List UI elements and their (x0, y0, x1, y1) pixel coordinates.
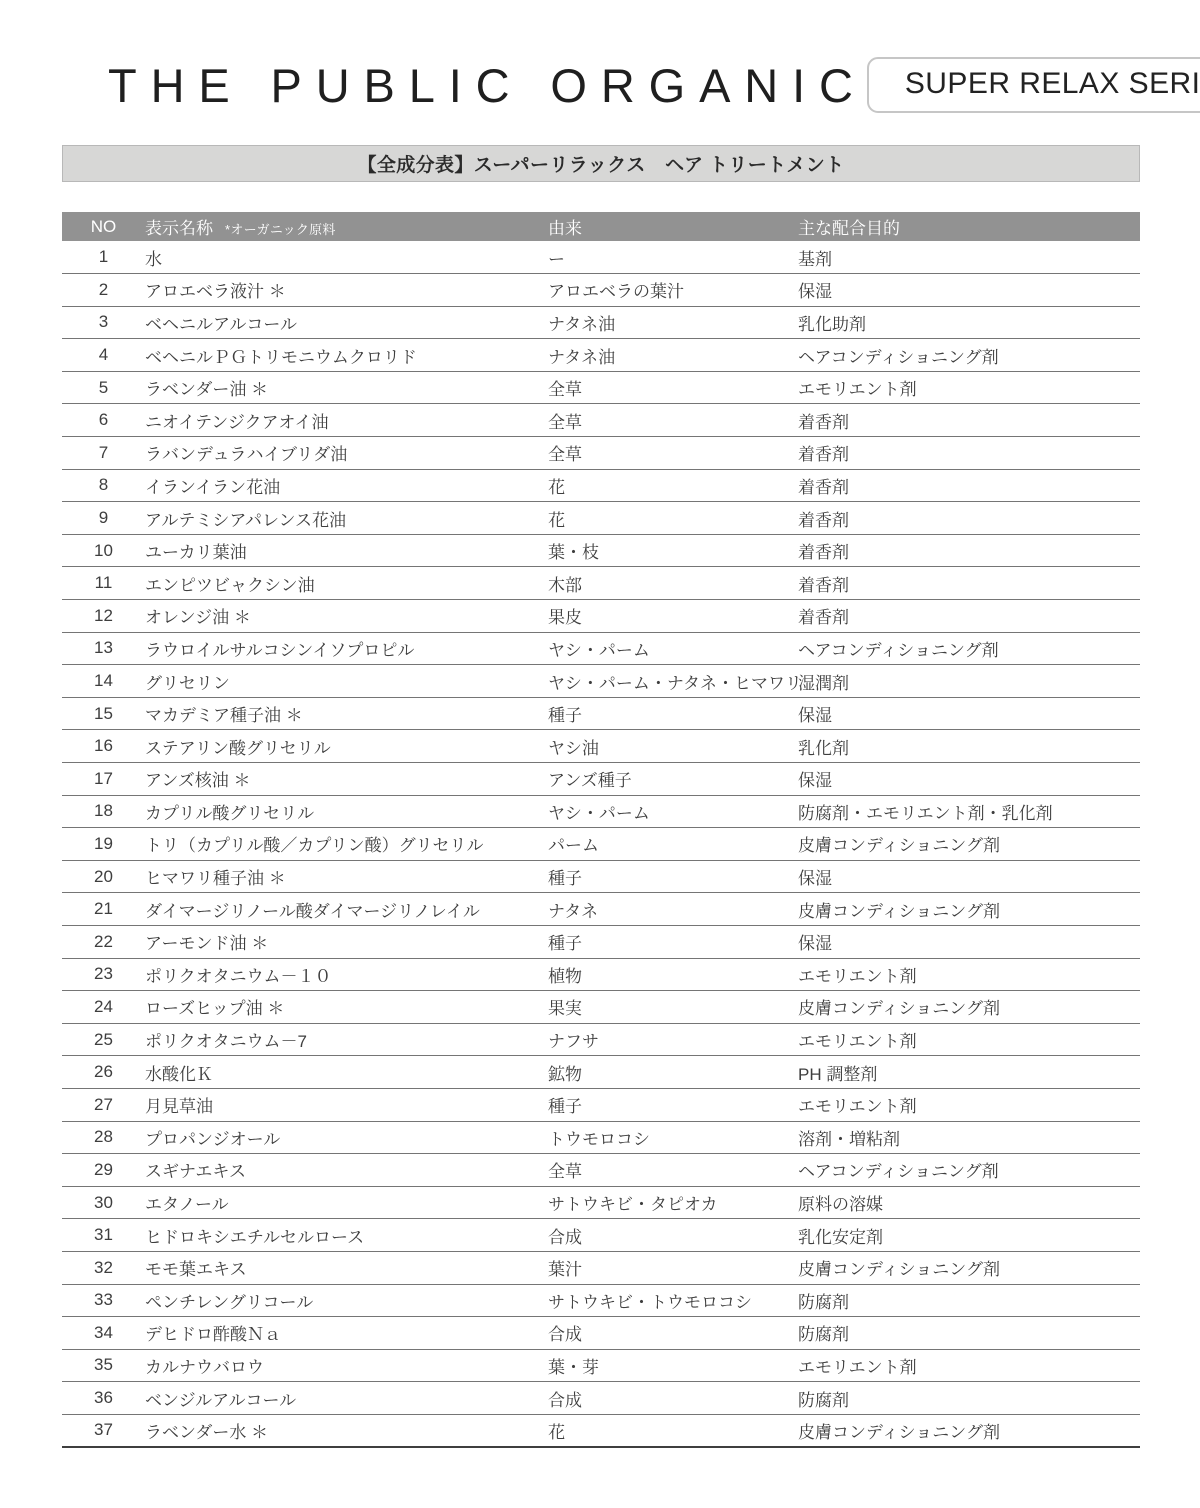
table-row: 3 ベヘニルアルコール ナタネ油 乳化助剤 (62, 306, 1140, 339)
row-purpose: 保湿 (798, 274, 1140, 307)
row-purpose: エモリエント剤 (798, 1349, 1140, 1382)
row-no: 31 (62, 1219, 145, 1252)
row-no: 7 (62, 437, 145, 470)
row-no: 13 (62, 632, 145, 665)
row-ingredient-name: オレンジ油 ＊ (145, 600, 548, 633)
row-origin: 種子 (548, 1088, 798, 1121)
row-no: 19 (62, 828, 145, 861)
table-row: 31 ヒドロキシエチルセルロース 合成 乳化安定剤 (62, 1219, 1140, 1252)
row-origin: ヤシ・パーム・ナタネ・ヒマワリ (548, 665, 798, 698)
row-origin: ナタネ (548, 893, 798, 926)
row-ingredient-name: ニオイテンジクアオイ油 (145, 404, 548, 437)
row-no: 10 (62, 534, 145, 567)
row-no: 11 (62, 567, 145, 600)
table-row: 28 プロパンジオール トウモロコシ 溶剤・増粘剤 (62, 1121, 1140, 1154)
table-row: 29 スギナエキス 全草 ヘアコンディショニング剤 (62, 1154, 1140, 1187)
row-no: 9 (62, 502, 145, 535)
table-row: 37 ラベンダー水 ＊ 花 皮膚コンディショニング剤 (62, 1414, 1140, 1447)
row-origin: 全草 (548, 371, 798, 404)
row-no: 35 (62, 1349, 145, 1382)
row-ingredient-name: プロパンジオール (145, 1121, 548, 1154)
row-no: 18 (62, 795, 145, 828)
row-purpose: 着香剤 (798, 437, 1140, 470)
row-origin: アロエベラの葉汁 (548, 274, 798, 307)
table-row: 15 マカデミア種子油 ＊ 種子 保湿 (62, 697, 1140, 730)
row-purpose: 着香剤 (798, 534, 1140, 567)
row-ingredient-name: マカデミア種子油 ＊ (145, 697, 548, 730)
table-row: 20 ヒマワリ種子油 ＊ 種子 保湿 (62, 860, 1140, 893)
row-ingredient-name: ローズヒップ油 ＊ (145, 991, 548, 1024)
row-ingredient-name: ダイマージリノール酸ダイマージリノレイル (145, 893, 548, 926)
table-body: 1 水 ー 基剤 2 アロエベラ液汁 ＊ アロエベラの葉汁 保湿 3 ベヘニルア… (62, 241, 1140, 1447)
row-no: 30 (62, 1186, 145, 1219)
table-row: 18 カプリル酸グリセリル ヤシ・パーム 防腐剤・エモリエント剤・乳化剤 (62, 795, 1140, 828)
row-purpose: 溶剤・増粘剤 (798, 1121, 1140, 1154)
row-ingredient-name: 水 (145, 241, 548, 274)
ingredients-table: NO 表示名称*オーガニック原料 由来 主な配合目的 1 水 ー 基剤 2 アロ… (62, 212, 1140, 1448)
row-no: 33 (62, 1284, 145, 1317)
table-row: 14 グリセリン ヤシ・パーム・ナタネ・ヒマワリ 湿潤剤 (62, 665, 1140, 698)
row-ingredient-name: ラウロイルサルコシンイソプロピル (145, 632, 548, 665)
table-row: 1 水 ー 基剤 (62, 241, 1140, 274)
row-origin: 葉・枝 (548, 534, 798, 567)
row-no: 17 (62, 763, 145, 796)
table-row: 16 ステアリン酸グリセリル ヤシ油 乳化剤 (62, 730, 1140, 763)
brand-logo: THE PUBLIC ORGANIC (108, 58, 867, 113)
table-row: 36 ベンジルアルコール 合成 防腐剤 (62, 1382, 1140, 1415)
row-purpose: 保湿 (798, 763, 1140, 796)
row-no: 22 (62, 925, 145, 958)
row-origin: 合成 (548, 1219, 798, 1252)
table-row: 11 エンピツビャクシン油 木部 着香剤 (62, 567, 1140, 600)
row-purpose: 防腐剤・エモリエント剤・乳化剤 (798, 795, 1140, 828)
row-origin: 植物 (548, 958, 798, 991)
row-purpose: 皮膚コンディショニング剤 (798, 828, 1140, 861)
series-badge: SUPER RELAX SERIES (867, 57, 1200, 113)
row-purpose: 防腐剤 (798, 1382, 1140, 1415)
row-no: 3 (62, 306, 145, 339)
row-no: 15 (62, 697, 145, 730)
row-no: 28 (62, 1121, 145, 1154)
row-purpose: 保湿 (798, 860, 1140, 893)
row-purpose: エモリエント剤 (798, 1088, 1140, 1121)
row-purpose: 皮膚コンディショニング剤 (798, 991, 1140, 1024)
row-ingredient-name: モモ葉エキス (145, 1251, 548, 1284)
row-purpose: 皮膚コンディショニング剤 (798, 1251, 1140, 1284)
row-origin: ヤシ・パーム (548, 632, 798, 665)
ingredients-sheet: THE PUBLIC ORGANIC SUPER RELAX SERIES 【全… (0, 0, 1200, 1508)
row-origin: ヤシ油 (548, 730, 798, 763)
row-no: 26 (62, 1056, 145, 1089)
row-ingredient-name: アンズ核油 ＊ (145, 763, 548, 796)
row-origin: 種子 (548, 697, 798, 730)
row-ingredient-name: ポリクオタニウム－１０ (145, 958, 548, 991)
table-row: 32 モモ葉エキス 葉汁 皮膚コンディショニング剤 (62, 1251, 1140, 1284)
table-row: 23 ポリクオタニウム－１０ 植物 エモリエント剤 (62, 958, 1140, 991)
row-origin: 合成 (548, 1382, 798, 1415)
row-no: 8 (62, 469, 145, 502)
row-purpose: 乳化安定剤 (798, 1219, 1140, 1252)
row-ingredient-name: デヒドロ酢酸Ｎａ (145, 1317, 548, 1350)
row-no: 6 (62, 404, 145, 437)
row-no: 32 (62, 1251, 145, 1284)
row-ingredient-name: ラバンデュラハイブリダ油 (145, 437, 548, 470)
column-header-name-label: 表示名称 (145, 219, 213, 238)
row-ingredient-name: エタノール (145, 1186, 548, 1219)
row-ingredient-name: アルテミシアパレンス花油 (145, 502, 548, 535)
row-ingredient-name: ポリクオタニウム－7 (145, 1023, 548, 1056)
row-no: 1 (62, 241, 145, 274)
row-origin: 種子 (548, 860, 798, 893)
row-purpose: 着香剤 (798, 404, 1140, 437)
table-row: 8 イランイラン花油 花 着香剤 (62, 469, 1140, 502)
row-origin: 花 (548, 1414, 798, 1447)
row-origin: 花 (548, 502, 798, 535)
row-origin: ー (548, 241, 798, 274)
table-row: 19 トリ（カプリル酸／カプリン酸）グリセリル パーム 皮膚コンディショニング剤 (62, 828, 1140, 861)
row-ingredient-name: ベヘニルＰＧトリモニウムクロリド (145, 339, 548, 372)
row-ingredient-name: ステアリン酸グリセリル (145, 730, 548, 763)
row-ingredient-name: イランイラン花油 (145, 469, 548, 502)
row-ingredient-name: 月見草油 (145, 1088, 548, 1121)
row-purpose: エモリエント剤 (798, 958, 1140, 991)
row-ingredient-name: アロエベラ液汁 ＊ (145, 274, 548, 307)
row-purpose: 乳化剤 (798, 730, 1140, 763)
row-no: 23 (62, 958, 145, 991)
table-row: 17 アンズ核油 ＊ アンズ種子 保湿 (62, 763, 1140, 796)
table-header-row: NO 表示名称*オーガニック原料 由来 主な配合目的 (62, 212, 1140, 241)
row-origin: サトウキビ・トウモロコシ (548, 1284, 798, 1317)
row-no: 16 (62, 730, 145, 763)
row-origin: ヤシ・パーム (548, 795, 798, 828)
row-no: 21 (62, 893, 145, 926)
row-origin: 鉱物 (548, 1056, 798, 1089)
brand-header: THE PUBLIC ORGANIC SUPER RELAX SERIES (62, 52, 1140, 118)
row-purpose: 着香剤 (798, 469, 1140, 502)
row-no: 20 (62, 860, 145, 893)
row-ingredient-name: ベヘニルアルコール (145, 306, 548, 339)
row-origin: 種子 (548, 925, 798, 958)
row-no: 36 (62, 1382, 145, 1415)
table-row: 21 ダイマージリノール酸ダイマージリノレイル ナタネ 皮膚コンディショニング剤 (62, 893, 1140, 926)
row-purpose: 皮膚コンディショニング剤 (798, 1414, 1140, 1447)
row-purpose: エモリエント剤 (798, 1023, 1140, 1056)
row-origin: 葉汁 (548, 1251, 798, 1284)
row-origin: パーム (548, 828, 798, 861)
row-ingredient-name: カプリル酸グリセリル (145, 795, 548, 828)
row-purpose: 湿潤剤 (798, 665, 1140, 698)
row-purpose: 防腐剤 (798, 1317, 1140, 1350)
column-header-no: NO (62, 212, 145, 241)
table-row: 4 ベヘニルＰＧトリモニウムクロリド ナタネ油 ヘアコンディショニング剤 (62, 339, 1140, 372)
table-row: 6 ニオイテンジクアオイ油 全草 着香剤 (62, 404, 1140, 437)
row-origin: 花 (548, 469, 798, 502)
row-no: 27 (62, 1088, 145, 1121)
row-origin: 合成 (548, 1317, 798, 1350)
table-row: 27 月見草油 種子 エモリエント剤 (62, 1088, 1140, 1121)
table-row: 34 デヒドロ酢酸Ｎａ 合成 防腐剤 (62, 1317, 1140, 1350)
row-origin: トウモロコシ (548, 1121, 798, 1154)
table-row: 5 ラベンダー油 ＊ 全草 エモリエント剤 (62, 371, 1140, 404)
row-purpose: 乳化助剤 (798, 306, 1140, 339)
row-purpose: 皮膚コンディショニング剤 (798, 893, 1140, 926)
table-row: 9 アルテミシアパレンス花油 花 着香剤 (62, 502, 1140, 535)
row-ingredient-name: ベンジルアルコール (145, 1382, 548, 1415)
row-ingredient-name: エンピツビャクシン油 (145, 567, 548, 600)
row-purpose: ヘアコンディショニング剤 (798, 632, 1140, 665)
column-header-purpose: 主な配合目的 (798, 212, 1140, 241)
row-purpose: 防腐剤 (798, 1284, 1140, 1317)
column-header-origin: 由来 (548, 212, 798, 241)
row-ingredient-name: スギナエキス (145, 1154, 548, 1187)
row-ingredient-name: ペンチレングリコール (145, 1284, 548, 1317)
page-title: 【全成分表】スーパーリラックス ヘア トリートメント (62, 145, 1140, 182)
row-ingredient-name: トリ（カプリル酸／カプリン酸）グリセリル (145, 828, 548, 861)
row-no: 12 (62, 600, 145, 633)
row-origin: 果実 (548, 991, 798, 1024)
row-purpose: 原料の溶媒 (798, 1186, 1140, 1219)
table-row: 30 エタノール サトウキビ・タピオカ 原料の溶媒 (62, 1186, 1140, 1219)
row-origin: 木部 (548, 567, 798, 600)
row-origin: 果皮 (548, 600, 798, 633)
row-no: 29 (62, 1154, 145, 1187)
row-no: 4 (62, 339, 145, 372)
row-purpose: 着香剤 (798, 600, 1140, 633)
row-no: 37 (62, 1414, 145, 1447)
table-row: 26 水酸化Ｋ 鉱物 PH 調整剤 (62, 1056, 1140, 1089)
column-header-name: 表示名称*オーガニック原料 (145, 212, 548, 241)
row-purpose: 保湿 (798, 697, 1140, 730)
row-purpose: 基剤 (798, 241, 1140, 274)
row-purpose: ヘアコンディショニング剤 (798, 1154, 1140, 1187)
table-row: 33 ペンチレングリコール サトウキビ・トウモロコシ 防腐剤 (62, 1284, 1140, 1317)
row-no: 34 (62, 1317, 145, 1350)
row-purpose: 着香剤 (798, 502, 1140, 535)
row-ingredient-name: ヒドロキシエチルセルロース (145, 1219, 548, 1252)
table-row: 35 カルナウバロウ 葉・芽 エモリエント剤 (62, 1349, 1140, 1382)
row-ingredient-name: アーモンド油 ＊ (145, 925, 548, 958)
row-ingredient-name: ヒマワリ種子油 ＊ (145, 860, 548, 893)
row-origin: 全草 (548, 404, 798, 437)
row-origin: 葉・芽 (548, 1349, 798, 1382)
row-origin: ナフサ (548, 1023, 798, 1056)
organic-note: *オーガニック原料 (225, 222, 336, 237)
table-row: 22 アーモンド油 ＊ 種子 保湿 (62, 925, 1140, 958)
table-row: 7 ラバンデュラハイブリダ油 全草 着香剤 (62, 437, 1140, 470)
table-row: 10 ユーカリ葉油 葉・枝 着香剤 (62, 534, 1140, 567)
row-origin: 全草 (548, 437, 798, 470)
row-origin: ナタネ油 (548, 306, 798, 339)
row-ingredient-name: 水酸化Ｋ (145, 1056, 548, 1089)
table-row: 12 オレンジ油 ＊ 果皮 着香剤 (62, 600, 1140, 633)
row-origin: サトウキビ・タピオカ (548, 1186, 798, 1219)
row-purpose: 着香剤 (798, 567, 1140, 600)
row-ingredient-name: ラベンダー油 ＊ (145, 371, 548, 404)
table-row: 2 アロエベラ液汁 ＊ アロエベラの葉汁 保湿 (62, 274, 1140, 307)
row-purpose: ヘアコンディショニング剤 (798, 339, 1140, 372)
row-ingredient-name: グリセリン (145, 665, 548, 698)
row-no: 5 (62, 371, 145, 404)
table-header: NO 表示名称*オーガニック原料 由来 主な配合目的 (62, 212, 1140, 241)
row-purpose: 保湿 (798, 925, 1140, 958)
row-purpose: エモリエント剤 (798, 371, 1140, 404)
table-row: 24 ローズヒップ油 ＊ 果実 皮膚コンディショニング剤 (62, 991, 1140, 1024)
row-no: 24 (62, 991, 145, 1024)
table-row: 25 ポリクオタニウム－7 ナフサ エモリエント剤 (62, 1023, 1140, 1056)
row-ingredient-name: ユーカリ葉油 (145, 534, 548, 567)
row-ingredient-name: ラベンダー水 ＊ (145, 1414, 548, 1447)
row-origin: 全草 (548, 1154, 798, 1187)
row-no: 25 (62, 1023, 145, 1056)
row-ingredient-name: カルナウバロウ (145, 1349, 548, 1382)
row-no: 14 (62, 665, 145, 698)
row-purpose: PH 調整剤 (798, 1056, 1140, 1089)
row-origin: ナタネ油 (548, 339, 798, 372)
row-origin: アンズ種子 (548, 763, 798, 796)
row-no: 2 (62, 274, 145, 307)
table-row: 13 ラウロイルサルコシンイソプロピル ヤシ・パーム ヘアコンディショニング剤 (62, 632, 1140, 665)
